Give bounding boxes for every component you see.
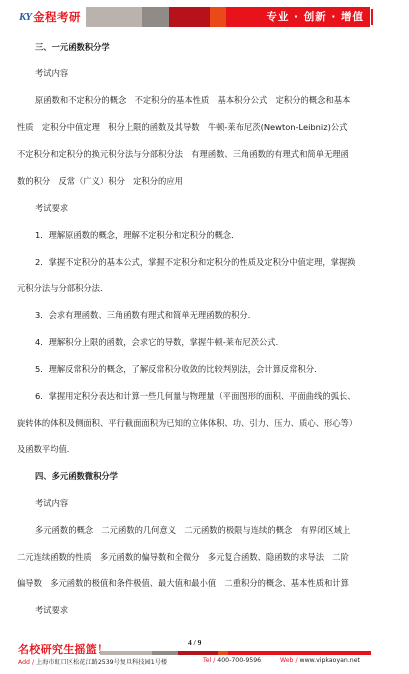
footer-bar-segment-4 [218, 651, 228, 655]
s4-content-heading: 考试内容 [35, 497, 372, 509]
s4-req-heading: 考试要求 [35, 604, 372, 616]
footer-address: Add / 上海市虹口区松花江路2539号复旦科技园1号楼 [18, 657, 167, 666]
address-label: Add / [18, 659, 34, 666]
s3-req-line-5: 5．理解反常积分的概念，了解反常积分收敛的比较判别法，会计算反常积分． [35, 363, 372, 375]
footer-web: Web / www.vipkaoyan.net [280, 657, 360, 664]
s3-req-line-6-cont-2: 及函数平均值． [17, 443, 372, 455]
header-bar-segment-4 [210, 7, 226, 27]
footer-bar-segment-5 [228, 651, 371, 655]
s3-req-line-2-cont: 元积分法与分部积分法． [17, 282, 372, 294]
header-bar-segment-2 [142, 7, 169, 27]
section-4-title: 四、多元函数微积分学 [35, 470, 372, 482]
s3-req-line-4: 4．理解积分上限的函数，会求它的导数，掌握牛顿-莱布尼茨公式． [35, 336, 372, 348]
footer-bar-segment-3 [178, 651, 218, 655]
header-bar-segment-1 [86, 7, 142, 27]
header-slogan: 专业 · 创新 · 增值 [266, 7, 364, 27]
footer-color-bar [0, 651, 409, 655]
s3-req-line-1: 1．理解原函数的概念，理解不定积分和定积分的概念． [35, 229, 372, 241]
s3-req-line-6: 6．掌握用定积分表达和计算一些几何量与物理量（平面图形的面积、平面曲线的弧长、 [35, 390, 372, 402]
footer-bar-segment-1 [100, 651, 152, 655]
s4-content-line-2: 二元连续函数的性质 多元函数的偏导数和全微分 多元复合函数、隐函数的求导法 二阶 [17, 551, 372, 563]
s3-content-line-2: 性质 定积分中值定理 积分上限的函数及其导数 牛顿-莱布尼茨(Newton-Le… [17, 121, 372, 133]
address-value: 上海市虹口区松花江路2539号复旦科技园1号楼 [36, 659, 167, 666]
s4-content-line-1: 多元函数的概念 二元函数的几何意义 二元函数的极限与连续的概念 有界闭区域上 [35, 524, 372, 536]
s3-req-line-3: 3．会求有理函数、三角函数有理式和简单无理函数的积分． [35, 309, 372, 321]
section-3-title: 三、一元函数积分学 [35, 41, 372, 53]
tel-label: Tel / [203, 657, 215, 664]
s3-req-heading: 考试要求 [35, 202, 372, 214]
s3-req-line-2: 2．掌握不定积分的基本公式，掌握不定积分和定积分的性质及定积分中值定理，掌握换 [35, 256, 372, 268]
footer-tel: Tel / 400-700-9596 [203, 657, 261, 664]
s3-content-line-1: 原函数和不定积分的概念 不定积分的基本性质 基本积分公式 定积分的概念和基本 [35, 94, 372, 106]
footer-bar-segment-2 [152, 651, 178, 655]
header-bar-segment-3 [169, 7, 210, 27]
s4-content-line-3: 偏导数 多元函数的极值和条件极值、最大值和最小值 二重积分的概念、基本性质和计算 [17, 577, 372, 589]
s3-content-line-4: 数的积分 反常（广义）积分 定积分的应用 [17, 175, 372, 187]
web-link[interactable]: www.vipkaoyan.net [300, 657, 360, 664]
tel-value: 400-700-9596 [217, 657, 261, 664]
s3-content-line-3: 不定积分和定积分的换元积分法与分部积分法 有理函数、三角函数的有理式和简单无理函 [17, 148, 372, 160]
s3-content-heading: 考试内容 [35, 67, 372, 79]
page-indicator: 4 / 9 [188, 638, 201, 647]
web-label: Web / [280, 657, 298, 664]
s3-req-line-6-cont-1: 旋转体的体积及侧面积、平行截面面积为已知的立体体积、功、引力、压力、质心、形心等… [17, 417, 372, 429]
header-tick-mark [371, 9, 373, 25]
